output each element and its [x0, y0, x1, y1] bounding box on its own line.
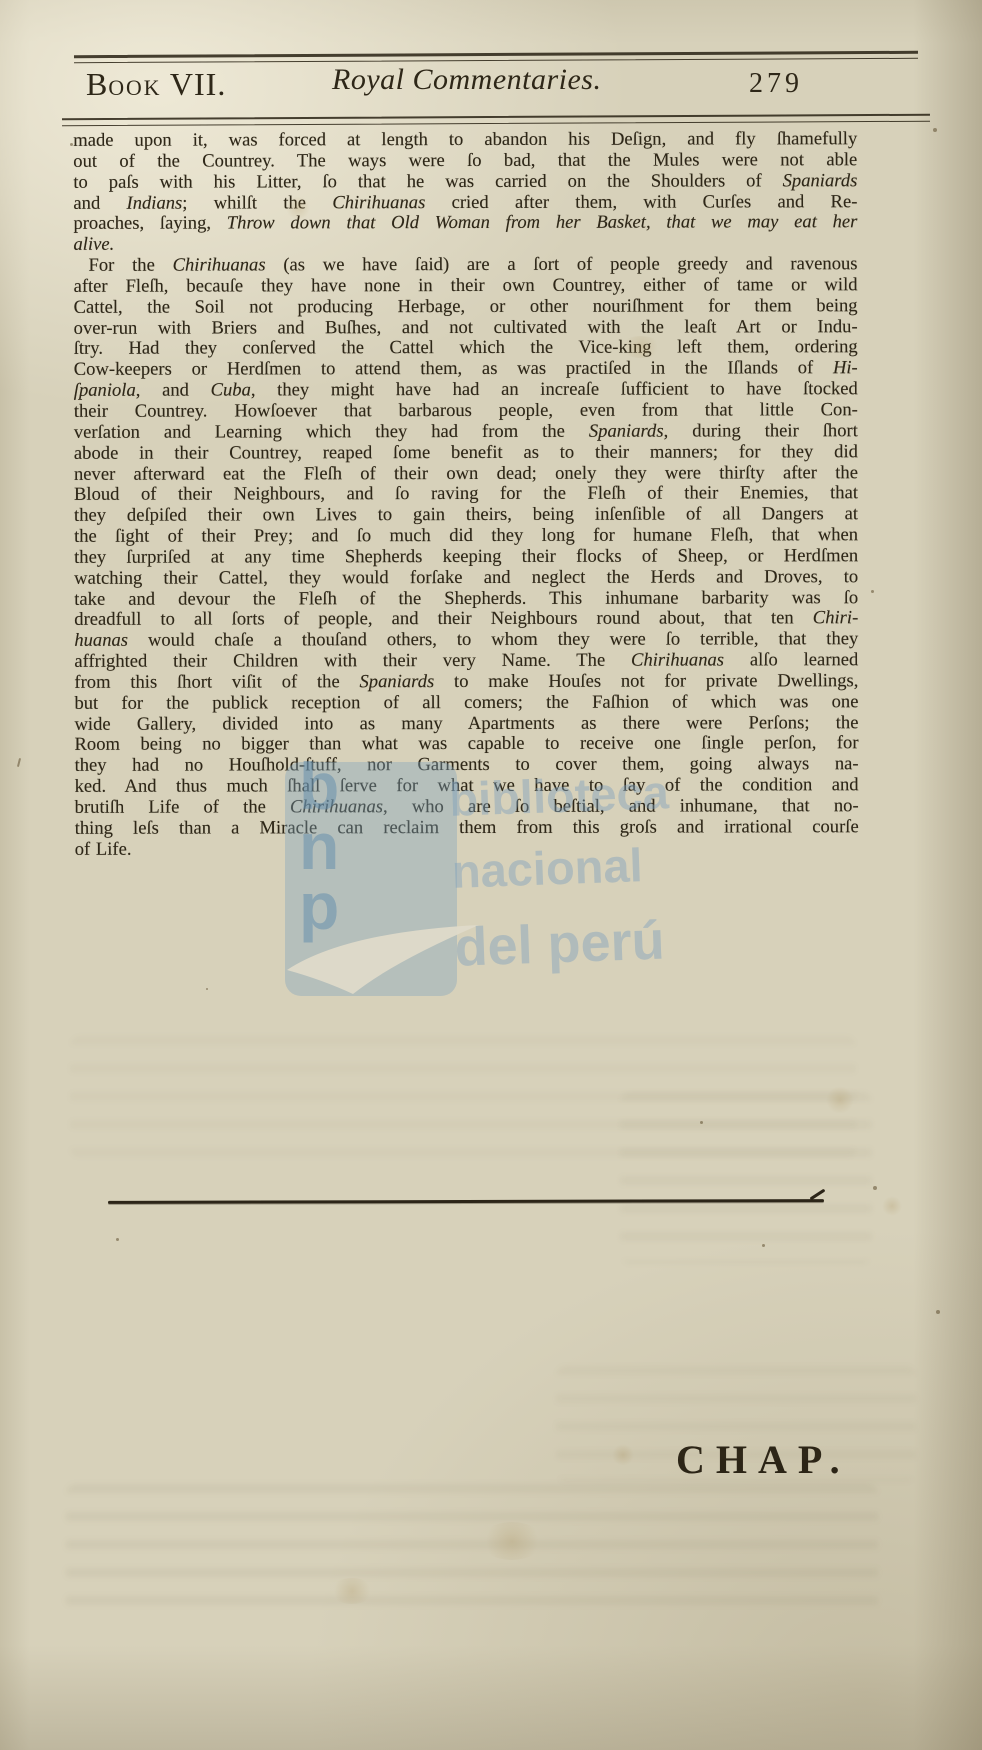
text-segment: they ſurpriſed at any time Shepherds kee…	[74, 545, 858, 568]
text-segment: cried after them, with Curſes and Re-	[425, 191, 857, 213]
text-line: proaches, ſaying, Throw down that Old Wo…	[73, 213, 857, 235]
text-segment: wide Gallery, divided into as many Apart…	[74, 712, 858, 735]
text-segment: (as we have ſaid) are a ſort of people g…	[266, 253, 858, 275]
book-initial: B	[86, 66, 108, 102]
scanned-book-page: BOOK VII. Royal Commentaries. 279 made u…	[0, 0, 982, 1750]
text-segment: but for the publick reception of all com…	[74, 691, 858, 714]
text-segment: made upon it, was forced at length to ab…	[73, 128, 857, 151]
text-segment: , during their ſhort	[664, 420, 858, 441]
paper-speck	[17, 758, 21, 767]
text-segment: ſtry. Had they conſerved the Cattel whic…	[74, 337, 858, 360]
paper-stain	[286, 196, 310, 220]
italic-text-segment: Chirihuanas	[173, 254, 266, 275]
watermark-letter-p: p	[299, 876, 339, 936]
text-line: thing leſs than a Miracle can reclaim th…	[75, 817, 859, 839]
header-bottom-double-rule	[62, 114, 930, 127]
text-segment: , who are ſo beſtial, and inhumane, that…	[383, 795, 859, 817]
paper-stain	[612, 1444, 634, 1466]
text-segment: dreadfull to all ſorts of people, and th…	[74, 608, 813, 631]
text-segment: alſo learned	[724, 649, 858, 670]
paper-speck	[70, 143, 73, 146]
text-segment: over-run with Briers and Buſhes, and not…	[74, 316, 858, 339]
italic-text-segment: Chirihuanas	[332, 192, 425, 213]
text-segment: , they might have had an increaſe ſuffic…	[251, 378, 858, 400]
book-numeral: VII.	[161, 66, 226, 102]
italic-text-segment: Indians	[126, 192, 182, 213]
paper-speck	[206, 988, 208, 990]
paper-stain	[882, 1196, 902, 1216]
text-segment: affrighted their Children with their ver…	[74, 650, 631, 672]
italic-text-segment: Spaniards	[359, 671, 434, 692]
paragraph: made upon it, was forced at length to ab…	[73, 129, 857, 256]
italic-text-segment: Throw down that Old Woman from her Baske…	[227, 212, 858, 234]
page-number: 279	[749, 68, 803, 100]
text-line: of Life.	[75, 838, 859, 860]
text-segment: take and devour the Fleſh of the Shepher…	[74, 587, 858, 610]
running-header-book-label: BOOK VII.	[86, 66, 226, 103]
text-segment: their Countrey. Howſoever that barbarous…	[74, 399, 858, 422]
text-segment: to make Houſes not for private Dwellings…	[434, 670, 858, 692]
text-segment: from this ſhort viſit of the	[74, 671, 359, 693]
italic-text-segment: Hi-	[833, 357, 858, 378]
text-segment: brutiſh Life of the	[75, 796, 290, 817]
watermark-text-line: del perú	[453, 900, 675, 988]
paper-stain	[330, 1578, 374, 1604]
text-segment: Cattel, the Soil not producing Herbage, …	[74, 295, 858, 318]
text-segment: of Life.	[75, 838, 132, 859]
italic-text-segment: Chiri-	[813, 608, 859, 629]
text-segment: ked. And thus much ſhall ſerve for what …	[75, 774, 859, 797]
text-segment: they deſpiſed their own Lives to gain th…	[74, 503, 858, 526]
paper-speck	[933, 128, 937, 132]
text-segment: thing leſs than a Miracle can reclaim th…	[75, 816, 859, 839]
text-segment: never afterward eat the Fleſh of their o…	[74, 462, 858, 485]
paper-speck	[700, 1121, 703, 1124]
text-segment: watching their Cattel, they would forſak…	[74, 566, 858, 589]
running-header-title: Royal Commentaries.	[332, 63, 601, 97]
paper-speck	[936, 1310, 940, 1314]
italic-text-segment: alive.	[73, 234, 114, 255]
paper-stain	[480, 1522, 544, 1560]
paper-speck	[873, 1186, 877, 1190]
text-segment: Room being no bigger than what was capab…	[75, 733, 859, 756]
text-segment: For the	[88, 255, 172, 276]
italic-text-segment: Cuba	[211, 380, 251, 401]
text-segment: , and	[136, 380, 211, 401]
italic-text-segment: huanas	[74, 630, 128, 651]
text-segment: to paſs with his Litter, ſo that he was …	[73, 170, 782, 192]
bleedthrough-text-ghost	[556, 1366, 916, 1482]
body-text: made upon it, was forced at length to ab…	[73, 129, 859, 860]
text-segment: abode in their Countrey, reaped ſome ben…	[74, 441, 858, 464]
bleedthrough-text-ghost	[66, 1484, 878, 1616]
bleedthrough-text-ghost	[70, 1036, 856, 1158]
watermark-book-swoosh-icon	[281, 922, 485, 1000]
header-top-double-rule	[74, 51, 918, 63]
paragraph: For the Chirihuanas (as we have ſaid) ar…	[73, 254, 858, 860]
text-segment: after Fleſh, becauſe they have none in t…	[74, 274, 858, 297]
book-smallcaps: OOK	[108, 76, 161, 100]
paper-speck	[116, 1238, 119, 1241]
text-segment: the ſight of their Prey; and ſo much did…	[74, 524, 858, 547]
text-segment: and	[73, 192, 126, 213]
paper-speck	[762, 1244, 765, 1247]
text-segment: would chaſe a thouſand others, to whom t…	[128, 628, 858, 651]
text-segment: proaches, ſaying,	[73, 213, 226, 234]
text-segment: they had no Houſhold-ſtuff, nor Garments…	[75, 753, 859, 776]
italic-text-segment: Chirihuanas	[631, 650, 724, 671]
text-segment: out of the Countrey. The ways were ſo ba…	[73, 149, 857, 172]
text-segment: Cow-keepers or Herdſmen to attend them, …	[74, 358, 833, 381]
italic-text-segment: Chirihuanas	[290, 796, 383, 817]
text-segment: verſation and Learning which they had fr…	[74, 421, 589, 443]
paper-speck	[871, 590, 874, 593]
italic-text-segment: ſpaniola	[74, 380, 136, 401]
paper-stain	[826, 1086, 854, 1114]
italic-text-segment: Spaniards	[589, 420, 664, 441]
text-segment: Bloud of their Neighbours, and ſo raving…	[74, 483, 858, 506]
italic-text-segment: Spaniards	[783, 170, 858, 191]
paper-stain	[620, 336, 662, 358]
